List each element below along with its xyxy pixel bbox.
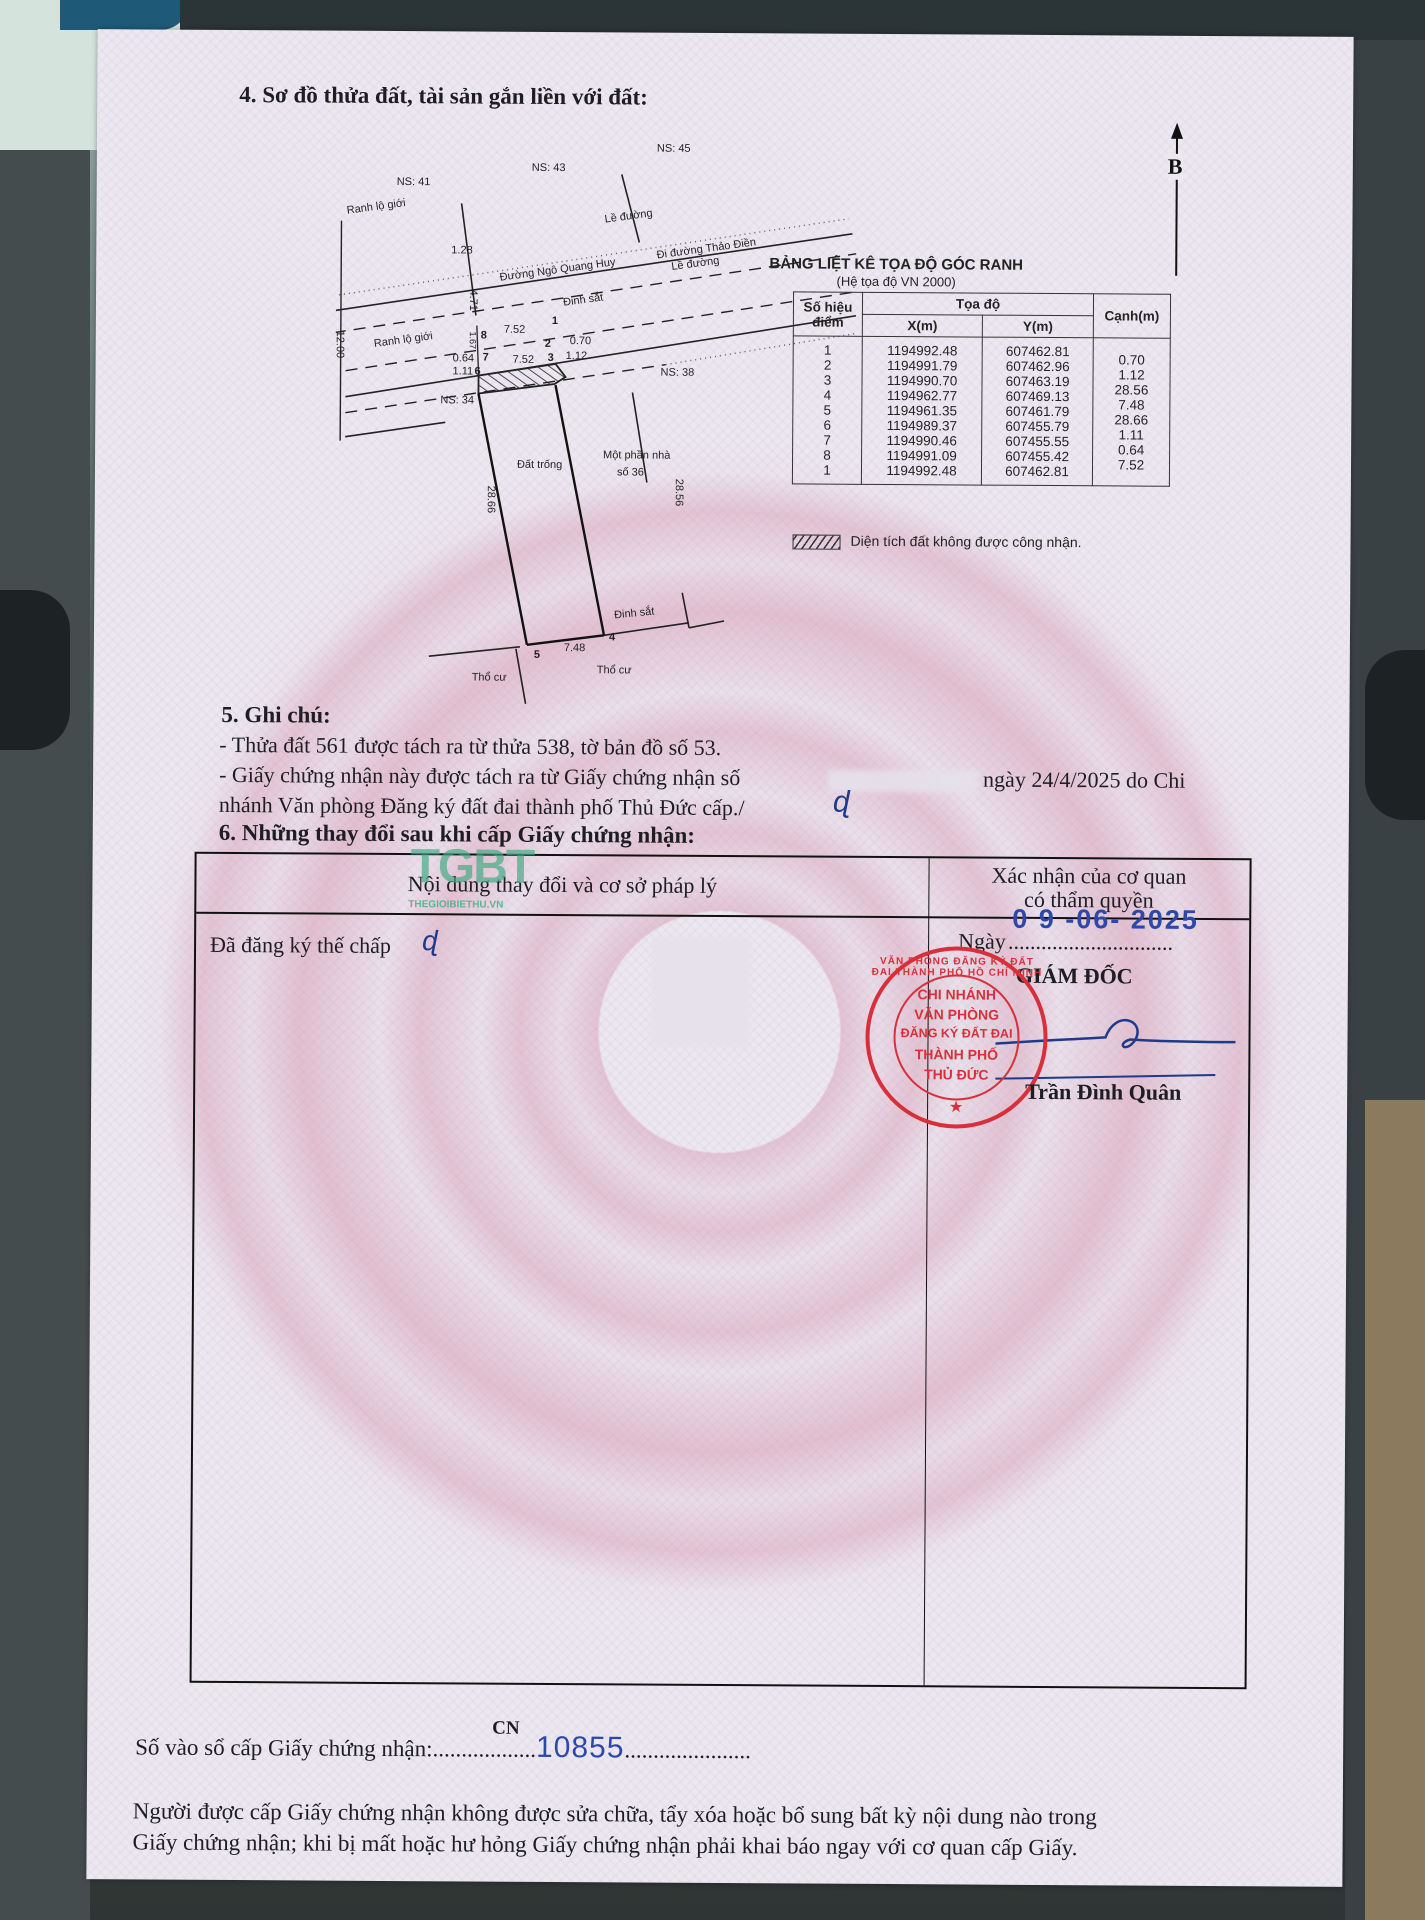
coord-cell-edge: 0.64 bbox=[1093, 442, 1170, 457]
note-line-2b: ngày 24/4/2025 do Chi bbox=[983, 765, 1185, 796]
redacted-certificate-number bbox=[828, 770, 978, 793]
background-chair-right bbox=[1365, 650, 1425, 820]
official-seal: VĂN PHÒNG ĐĂNG KÝ ĐẤT ĐAI THÀNH PHỐ HỒ C… bbox=[865, 946, 1048, 1129]
date-stamp: 0 9 -06- 2025 bbox=[1012, 904, 1199, 936]
watermark-site: THEGIOIBIETHU.VN bbox=[408, 899, 503, 911]
map-neighbor-45: NS: 45 bbox=[657, 143, 691, 155]
coord-cell-y: 607455.42 bbox=[982, 449, 1093, 465]
dim-mid-edge: 7.52 bbox=[513, 354, 534, 366]
registry-prefix: CN bbox=[492, 1713, 520, 1744]
coord-cell-point: 2 bbox=[793, 357, 862, 372]
registry-dots-a: .................. bbox=[432, 1736, 536, 1762]
dim-offset-2: 4.71 bbox=[467, 289, 479, 310]
initial-mark-icon: ɖ bbox=[833, 786, 850, 820]
coord-cell-x: 1194990.70 bbox=[862, 373, 982, 389]
north-label: B bbox=[1168, 154, 1183, 180]
map-label-dat-trong: Đất trống bbox=[517, 459, 562, 471]
land-certificate-page: 4. Sơ đồ thửa đất, tài sản gắn liền với … bbox=[86, 29, 1353, 1887]
coord-cell-edge: 28.66 bbox=[1093, 412, 1170, 427]
coord-cell-x: 1194992.48 bbox=[861, 463, 981, 485]
point-8: 8 bbox=[481, 330, 487, 342]
signer-name: Trần Đình Quân bbox=[1025, 1079, 1181, 1106]
coord-cell-y: 607461.79 bbox=[982, 404, 1093, 420]
dim-e23: 1.12 bbox=[566, 350, 587, 362]
coord-cell-point: 8 bbox=[793, 447, 862, 462]
coord-cell-edge: 0.70 bbox=[1093, 346, 1170, 368]
coord-cell-point: 6 bbox=[793, 417, 862, 432]
seal-line-3: ĐĂNG KÝ ĐẤT ĐAI bbox=[870, 1026, 1044, 1041]
seal-line-4: THÀNH PHỐ bbox=[869, 1046, 1043, 1063]
coord-cell-point: 1 bbox=[792, 462, 861, 484]
map-label-tho-cu-left: Thổ cư bbox=[472, 671, 507, 683]
point-7: 7 bbox=[483, 352, 489, 364]
point-2: 2 bbox=[545, 338, 551, 350]
coord-cell-x: 1194991.09 bbox=[862, 448, 982, 464]
warning-line-2: Giấy chứng nhận; khi bị mất hoặc hư hỏng… bbox=[132, 1826, 1077, 1863]
col-coord: Tọa độ bbox=[862, 292, 1093, 315]
point-6: 6 bbox=[475, 365, 481, 377]
col-x: X(m) bbox=[862, 314, 982, 337]
coord-cell-x: 1194990.46 bbox=[862, 433, 982, 449]
dim-bottom-edge: 7.48 bbox=[564, 642, 585, 654]
coord-cell-x: 1194991.79 bbox=[862, 358, 982, 374]
note-line-1: - Thửa đất 561 được tách ra từ thửa 538,… bbox=[219, 730, 721, 763]
coord-cell-point: 4 bbox=[793, 387, 862, 402]
note-line-3: nhánh Văn phòng Đăng ký đất đai thành ph… bbox=[219, 790, 745, 823]
point-4: 4 bbox=[609, 631, 615, 643]
map-label-tho-cu-right: Thổ cư bbox=[597, 664, 632, 676]
background-object bbox=[60, 0, 190, 30]
coord-cell-point: 1 bbox=[793, 336, 862, 358]
registry-label-text: Số vào sổ cấp Giấy chứng nhận: bbox=[135, 1734, 433, 1761]
coord-table-title: BẢNG LIỆT KÊ TỌA ĐỘ GÓC RANH bbox=[736, 255, 1056, 274]
dim-left-side: 28.66 bbox=[485, 486, 497, 514]
coord-cell-edge: 28.56 bbox=[1093, 382, 1170, 397]
coord-cell-edge: 7.52 bbox=[1092, 457, 1169, 472]
hatch-legend-icon bbox=[792, 534, 840, 549]
point-1: 1 bbox=[552, 315, 558, 327]
seal-line-1: CHI NHÁNH bbox=[870, 986, 1044, 1003]
coord-cell-y: 607469.13 bbox=[982, 389, 1093, 405]
coord-cell-point: 5 bbox=[793, 402, 862, 417]
coord-cell-edge bbox=[1092, 472, 1169, 494]
note-line-2a: - Giấy chứng nhận này được tách ra từ Gi… bbox=[219, 760, 740, 793]
hatch-legend-text: Diện tích đất không được công nhận. bbox=[851, 533, 1082, 550]
coord-cell-y: 607463.19 bbox=[982, 374, 1093, 390]
map-label-so-36: số 36 bbox=[617, 466, 644, 478]
dim-offset-3: 1.67 bbox=[468, 331, 478, 349]
dim-e12: 0.70 bbox=[570, 335, 591, 347]
point-3: 3 bbox=[548, 352, 554, 364]
dim-e56: 1.11 bbox=[453, 365, 474, 377]
dim-e67: 0.64 bbox=[453, 352, 474, 364]
registry-dots-b: ...................... bbox=[624, 1737, 751, 1763]
col-point: Số hiệu điểm bbox=[793, 292, 862, 336]
dim-top-edge: 7.52 bbox=[504, 324, 525, 336]
entry-mortgage: Đã đăng ký thế chấp bbox=[210, 930, 391, 961]
coord-cell-edge: 1.11 bbox=[1093, 427, 1170, 442]
map-neighbor-34: NS: 34 bbox=[440, 394, 474, 406]
coord-cell-y: 607462.81 bbox=[982, 464, 1093, 486]
registry-number: 10855 bbox=[536, 1731, 625, 1765]
col-y: Y(m) bbox=[982, 315, 1093, 338]
coord-cell-y: 607462.96 bbox=[982, 359, 1093, 375]
coord-cell-y: 607462.81 bbox=[982, 337, 1093, 359]
background-floor bbox=[1365, 1100, 1425, 1920]
coord-cell-x: 1194962.77 bbox=[862, 388, 982, 404]
section5-title: 5. Ghi chú: bbox=[221, 702, 330, 729]
map-neighbor-38: NS: 38 bbox=[661, 367, 695, 379]
coord-cell-y: 607455.79 bbox=[982, 419, 1093, 435]
coord-table-subtitle: (Hệ tọa độ VN 2000) bbox=[736, 273, 1056, 290]
section4-title: 4. Sơ đồ thửa đất, tài sản gắn liền với … bbox=[239, 82, 648, 110]
col-edge: Cạnh(m) bbox=[1093, 294, 1170, 338]
background-left bbox=[0, 150, 90, 1920]
map-neighbor-43: NS: 43 bbox=[532, 162, 566, 174]
coord-cell-point: 3 bbox=[793, 372, 862, 387]
dim-road-width: 12.00 bbox=[334, 331, 346, 359]
registry-label: Số vào sổ cấp Giấy chứng nhận:..........… bbox=[135, 1729, 751, 1766]
redacted-entry-detail bbox=[650, 937, 751, 1048]
seal-line-2: VĂN PHÒNG bbox=[870, 1006, 1044, 1023]
background-chair-left bbox=[0, 590, 70, 750]
dim-right-side: 28.56 bbox=[673, 479, 685, 507]
coord-table: Số hiệu điểm Tọa độ Cạnh(m) X(m) Y(m) 11… bbox=[792, 291, 1171, 486]
coord-cell-x: 1194961.35 bbox=[862, 403, 982, 419]
point-5: 5 bbox=[534, 649, 540, 661]
coord-cell-edge: 7.48 bbox=[1093, 397, 1170, 412]
changes-table: Nội dung thay đổi và cơ sở pháp lý Xác n… bbox=[190, 852, 1252, 1689]
dim-offset-1: 1.28 bbox=[451, 244, 472, 256]
coord-row: 11194992.48607462.810.70 bbox=[793, 336, 1170, 360]
col-content-header: Nội dung thay đổi và cơ sở pháp lý bbox=[196, 870, 928, 900]
coord-cell-y: 607455.55 bbox=[982, 434, 1093, 450]
north-arrow-icon bbox=[1156, 121, 1197, 281]
seal-ring-text: VĂN PHÒNG ĐĂNG KÝ ĐẤT ĐAI THÀNH PHỐ HỒ C… bbox=[870, 956, 1044, 979]
coord-cell-x: 1194992.48 bbox=[862, 336, 982, 358]
coord-cell-x: 1194989.37 bbox=[862, 418, 982, 434]
entry-initial-icon: ɖ bbox=[422, 925, 438, 957]
seal-line-5: THỦ ĐỨC bbox=[869, 1066, 1043, 1083]
watermark-logo: TGBT bbox=[410, 839, 533, 895]
seal-star-icon: ★ bbox=[869, 1098, 1043, 1116]
coord-cell-point: 7 bbox=[793, 432, 862, 447]
map-neighbor-41: NS: 41 bbox=[397, 176, 431, 188]
map-label-mot-phan-nha: Một phần nhà bbox=[603, 449, 670, 461]
coord-cell-edge: 1.12 bbox=[1093, 367, 1170, 382]
parcel-map bbox=[334, 131, 858, 714]
